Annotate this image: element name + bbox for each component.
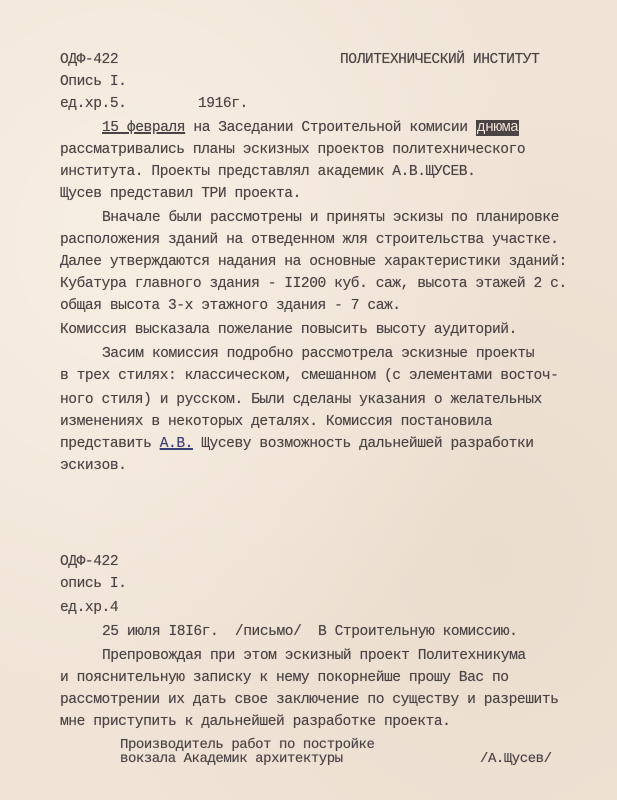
paragraph-3-line-5: представить А.В. Щусеву возможность даль… xyxy=(60,434,534,454)
paragraph-3-line-6: эскизов. xyxy=(60,456,126,476)
meeting-date: 15 февраля xyxy=(102,120,185,136)
institution-title: ПОЛИТЕХНИЧЕСКИЙ ИНСТИТУТ xyxy=(340,50,539,70)
letter-heading: 25 июля I8I6г. /письмо/ В Строительную к… xyxy=(102,622,517,642)
letter-line-3: рассмотрении их дать свое заключение по … xyxy=(60,690,558,710)
paragraph-2-line-2: расположения зданий на отведенном жля ст… xyxy=(60,230,558,250)
paragraph-1-line-1: 15 февраля на Заседании Строительной ком… xyxy=(102,118,519,138)
paragraph-1-line-2: рассматривались планы эскизных проектов … xyxy=(60,140,525,160)
storage-unit-2: ед.хр.4 xyxy=(60,598,118,618)
paragraph-2-line-6: Комиссия высказала пожелание повысить вы… xyxy=(60,320,517,340)
paragraph-2-line-1: Вначале были рассмотрены и приняты эскиз… xyxy=(102,208,559,228)
archival-document-page: ОДФ-422 ПОЛИТЕХНИЧЕСКИЙ ИНСТИТУТ Опись I… xyxy=(0,0,617,800)
paragraph-3-line-2: в трех стилях: классическом, смешанном (… xyxy=(60,366,558,386)
paragraph-1-line-3: института. Проекты представлял академик … xyxy=(60,162,475,182)
text-span: Щусеву возможность дальнейшей разработки xyxy=(193,436,534,452)
handwritten-initials: А.В. xyxy=(160,436,193,452)
document-year: 1916г. xyxy=(198,94,248,114)
inventory-number-2: опись I. xyxy=(60,574,126,594)
paragraph-3-line-4: изменениях в некоторых деталях. Комиссия… xyxy=(60,412,492,432)
fund-number: ОДФ-422 xyxy=(60,50,118,70)
text-span: на Заседании Строительной комисии xyxy=(185,120,476,136)
paragraph-3-line-1: Засим комиссия подробно рассмотрела эски… xyxy=(102,344,534,364)
struck-out-word: днюма xyxy=(476,120,520,136)
signatory-name: /А.Щусев/ xyxy=(480,752,552,766)
paragraph-2-line-5: общая высота 3-х этажного здания - 7 саж… xyxy=(60,296,401,316)
inventory-number: Опись I. xyxy=(60,72,126,92)
letter-line-1: Препровождая при этом эскизный проект По… xyxy=(102,646,526,666)
paragraph-1-line-4: Щусев представил ТРИ проекта. xyxy=(60,184,301,204)
letter-line-4: мне приступить к дальнейшей разработке п… xyxy=(60,712,450,732)
fund-number-2: ОДФ-422 xyxy=(60,552,118,572)
paragraph-2-line-3: Далее утверждаются надания на основные х… xyxy=(60,252,567,272)
signatory-title-line-1: Производитель работ по постройке xyxy=(120,738,374,752)
signatory-title-line-2: вокзала Академик архитектуры xyxy=(120,752,343,766)
storage-unit: ед.хр.5. xyxy=(60,94,126,114)
letter-line-2: и пояснительную записку к нему покорнейш… xyxy=(60,668,509,688)
paragraph-3-line-3: ного стиля) и русском. Были сделаны указ… xyxy=(60,390,542,410)
text-span: представить xyxy=(60,436,160,452)
paragraph-2-line-4: Кубатура главного здания - II200 куб. са… xyxy=(60,274,567,294)
